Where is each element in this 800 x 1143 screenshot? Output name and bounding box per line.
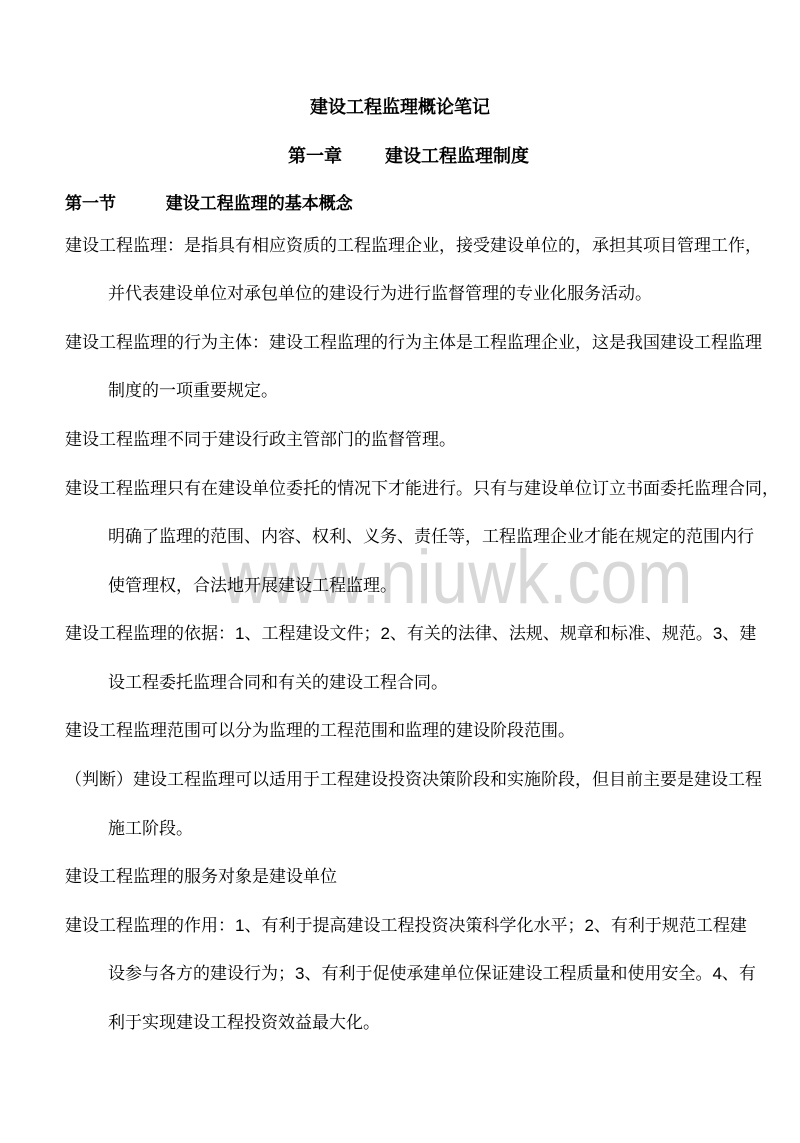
body-line: 设参与各方的建设行为；3、有利于促使承建单位保证建设工程质量和使用安全。4、有 [108, 949, 756, 998]
document-page: www.niuwk.com 建设工程监理概论笔记 第一章 建设工程监理制度 第一… [0, 0, 800, 1143]
body-line: 建设工程监理不同于建设行政主管部门的监督管理。 [65, 415, 456, 464]
chapter-title: 建设工程监理制度 [385, 146, 529, 166]
section-number: 第一节 [65, 194, 116, 213]
body-line: 制度的一项重要规定。 [108, 366, 278, 415]
body-line: 建设工程监理的服务对象是建设单位 [65, 852, 337, 901]
body-line: 建设工程监理的行为主体：建设工程监理的行为主体是工程监理企业，这是我国建设工程监… [65, 318, 762, 367]
body-line: 建设工程监理：是指具有相应资质的工程监理企业，接受建设单位的，承担其项目管理工作… [65, 221, 762, 270]
body-line: 建设工程监理的作用：1、有利于提高建设工程投资决策科学化水平；2、有利于规范工程… [65, 901, 747, 950]
body-line: 施工阶段。 [108, 804, 193, 853]
body-line: 建设工程监理范围可以分为监理的工程范围和监理的建设阶段范围。 [65, 706, 575, 755]
body-line: （判断）建设工程监理可以适用于工程建设投资决策阶段和实施阶段，但目前主要是建设工… [65, 755, 762, 804]
body-line: 设工程委托监理合同和有关的建设工程合同。 [108, 658, 448, 707]
body-line: 明确了监理的范围、内容、权利、义务、责任等，工程监理企业才能在规定的范围内行 [108, 512, 754, 561]
body-line: 使管理权，合法地开展建设工程监理。 [108, 561, 397, 610]
body-line: 建设工程监理只有在建设单位委托的情况下才能进行。只有与建设单位订立书面委托监理合… [65, 464, 779, 513]
body-line: 并代表建设单位对承包单位的建设行为进行监督管理的专业化服务活动。 [108, 269, 652, 318]
document-title: 建设工程监理概论笔记 [0, 83, 800, 132]
body-line: 利于实现建设工程投资效益最大化。 [108, 998, 380, 1047]
chapter-number: 第一章 [288, 146, 342, 166]
body-line: 建设工程监理的依据：1、工程建设文件；2、有关的法律、法规、规章和标准、规范。3… [65, 609, 756, 658]
chapter-heading: 第一章 建设工程监理制度 [0, 132, 800, 181]
section-title: 建设工程监理的基本概念 [166, 194, 353, 213]
